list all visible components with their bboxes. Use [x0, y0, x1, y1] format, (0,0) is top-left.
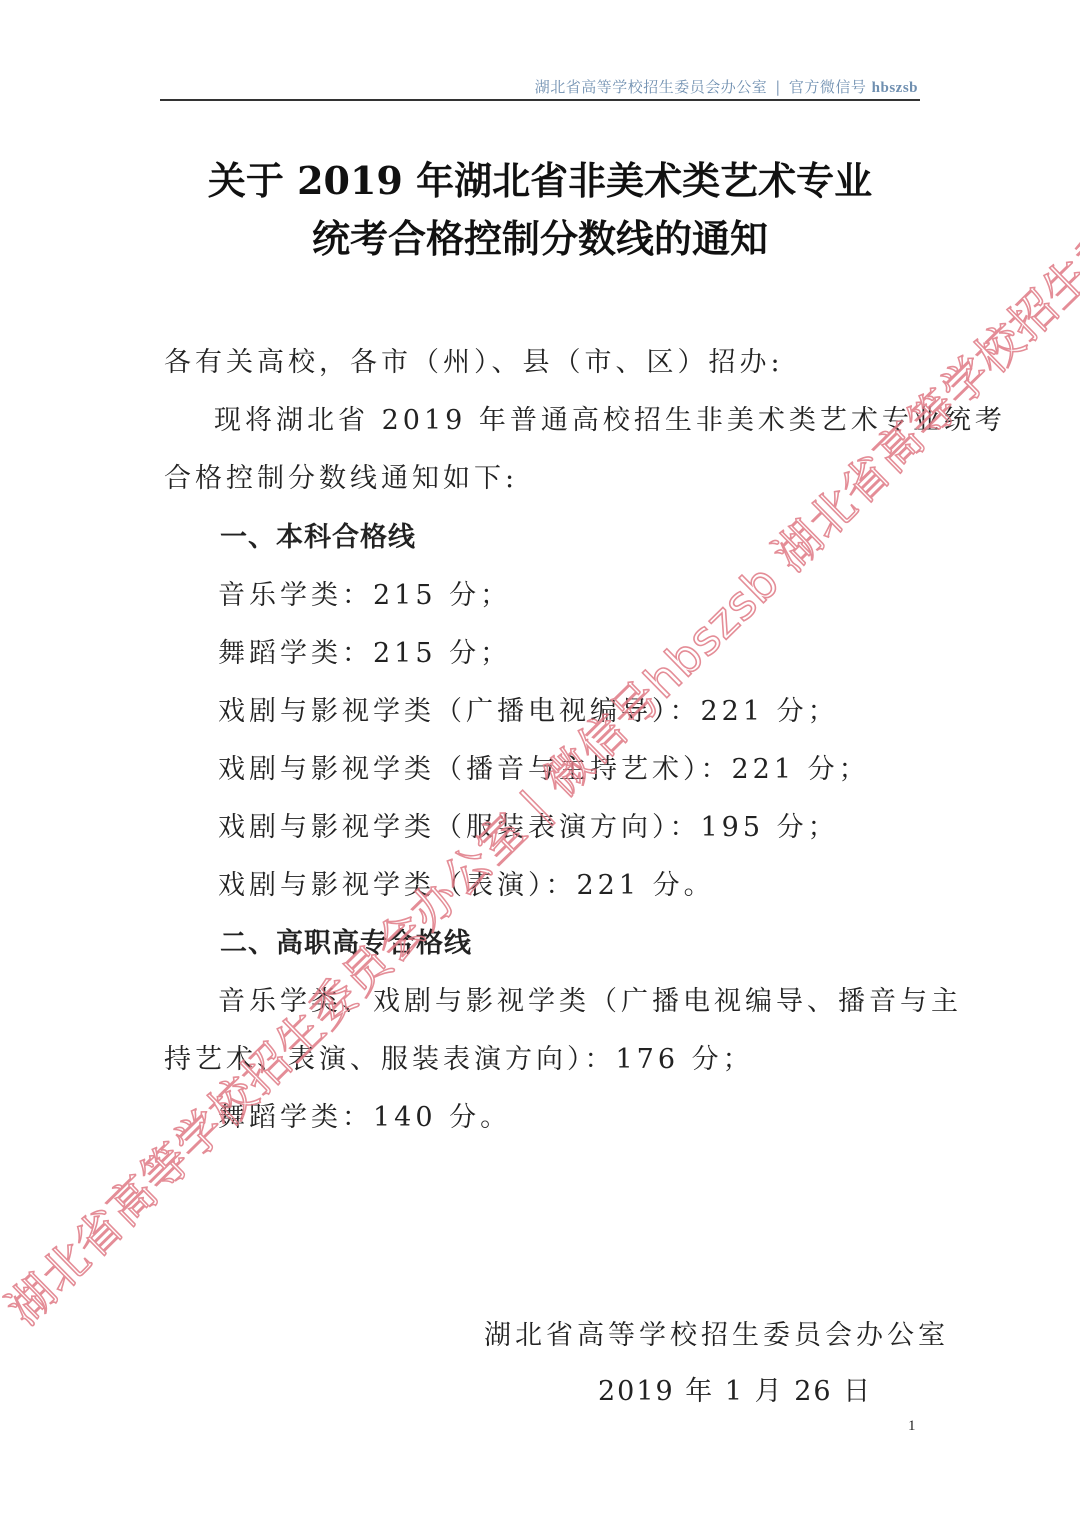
header-wechat-id: hbszsb — [872, 80, 918, 96]
title-line-1: 关于 2019 年湖北省非美术类艺术专业 — [0, 152, 1080, 210]
header-wechat-label: 官方微信号 — [789, 78, 867, 96]
signature-org: 湖北省高等学校招生委员会办公室 — [484, 1313, 949, 1352]
header-divider — [160, 99, 920, 101]
page-number: 1 — [908, 1418, 916, 1435]
section2-item2: 舞蹈学类：140 分。 — [218, 1095, 511, 1134]
section2-item1-line1: 音乐学类、戏剧与影视学类（广播电视编导、播音与主 — [218, 979, 962, 1018]
salutation: 各有关高校，各市（州）、县（市、区）招办: — [164, 340, 784, 379]
section1-item: 舞蹈学类：215 分； — [218, 631, 511, 670]
section1-item: 戏剧与影视学类（播音与主持艺术）：221 分； — [218, 747, 870, 786]
section1-item: 戏剧与影视学类（表演）：221 分。 — [218, 863, 715, 902]
section1-item: 戏剧与影视学类（广播电视编导）：221 分； — [218, 689, 839, 728]
section1-heading: 一、本科合格线 — [220, 515, 416, 554]
section2-item1-line2: 持艺术、表演、服装表演方向）：176 分； — [164, 1037, 754, 1076]
section1-item: 戏剧与影视学类（服装表演方向）：195 分； — [218, 805, 839, 844]
section1-item: 音乐学类：215 分； — [218, 573, 511, 612]
header-org: 湖北省高等学校招生委员会办公室 — [535, 78, 768, 96]
title-line-2: 统考合格控制分数线的通知 — [0, 210, 1080, 268]
header-separator: | — [775, 78, 781, 96]
signature-date: 2019 年 1 月 26 日 — [598, 1369, 872, 1408]
section2-heading: 二、高职高专合格线 — [220, 921, 472, 960]
intro-line-1: 现将湖北省 2019 年普通高校招生非美术类艺术专业统考 — [214, 398, 1006, 437]
intro-line-2: 合格控制分数线通知如下: — [164, 456, 518, 495]
document-title: 关于 2019 年湖北省非美术类艺术专业 统考合格控制分数线的通知 — [0, 152, 1080, 268]
page-header: 湖北省高等学校招生委员会办公室|官方微信号 hbszsb — [535, 76, 918, 97]
